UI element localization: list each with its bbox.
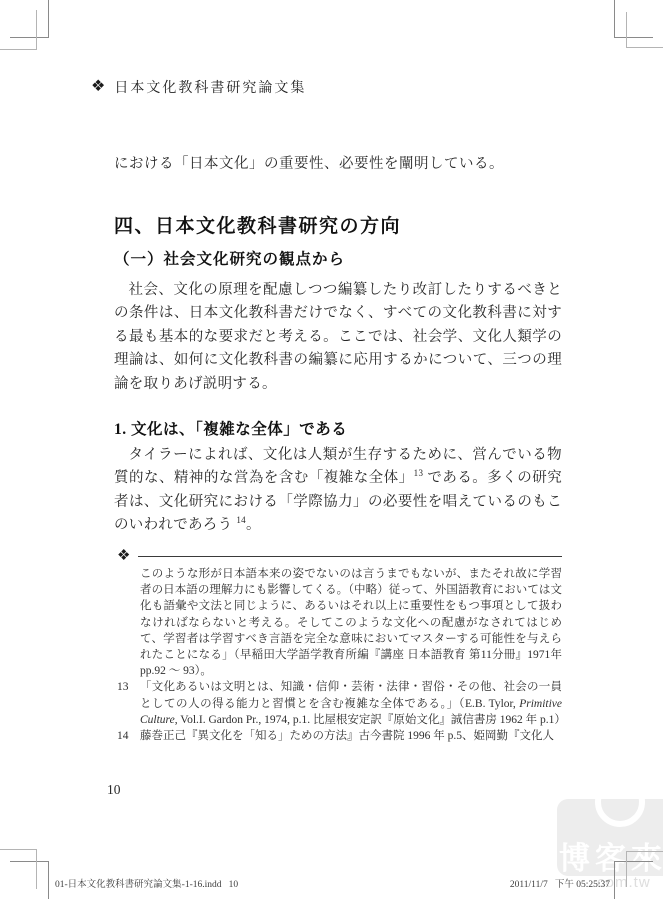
- running-head: ❖ 日本文化教科書研究論文集: [91, 77, 306, 97]
- footnote-ref-14: 14: [236, 515, 246, 525]
- carryover-line: における「日本文化」の重要性、必要性を闡明している。: [114, 152, 562, 173]
- crop-mark-top-right-inner: [626, 12, 663, 48]
- footnote-13-text-end: , Vol.I. Gardon Pr., 1974, p.1. 比屋根安定訳『原…: [175, 714, 566, 726]
- footer-timestamp: 2011/11/7 下午 05:25:37: [510, 876, 610, 890]
- footnote-rule: [138, 556, 562, 557]
- page-number: 10: [107, 782, 121, 798]
- running-head-title: 日本文化教科書研究論文集: [114, 77, 306, 97]
- paragraph-2: タイラーによれば、文化は人類が生存するために、営んでいる物質的な、精神的な営為を…: [114, 444, 562, 538]
- bag-handle-icon: [595, 799, 645, 827]
- document-page: 博客來 .com.tw ❖ 日本文化教科書研究論文集 における「日本文化」の重要…: [0, 0, 663, 899]
- footer-filename: 01-日本文化教科書研究論文集-1-16.indd 10: [55, 876, 238, 890]
- footnote-ref-13: 13: [414, 469, 424, 479]
- subsection-heading: （一）社会文化研究の観点から: [114, 247, 562, 269]
- crop-mark-bottom-right-inner: [626, 851, 663, 887]
- footnote-number: 13: [114, 679, 140, 728]
- footnote-number: 14: [114, 728, 140, 744]
- footnote-separator: ❖: [114, 547, 562, 565]
- footnote-continuation: このような形が日本語本来の姿でないのは言うまでもないが、またそれ故に学習者の日本…: [140, 566, 562, 679]
- section-heading: 四、日本文化教科書研究の方向: [114, 211, 562, 238]
- paragraph-2-text-c: 。: [246, 517, 261, 533]
- footnote-item-13: 13 「文化あるいは文明とは、知識・信仰・芸術・法律・習俗・その他、社会の一員と…: [114, 679, 562, 728]
- diamond-ornament-icon: ❖: [91, 79, 105, 95]
- separator-diamond-icon: ❖: [117, 549, 130, 564]
- footnote-text: 「文化あるいは文明とは、知識・信仰・芸術・法律・習俗・その他、社会の一員としての…: [140, 679, 562, 728]
- paragraph-1: 社会、文化の原理を配慮しつつ編纂したり改訂したりするべきとの条件は、日本文化教科…: [114, 279, 562, 396]
- footnote-item-14: 14 藤巻正己『異文化を「知る」ための方法』古今書院 1996 年 p.5、姫岡…: [114, 728, 562, 744]
- footnote-14-text: 藤巻正己『異文化を「知る」ための方法』古今書院 1996 年 p.5、姫岡勤『文…: [140, 730, 554, 742]
- crop-mark-top-left-inner: [0, 10, 37, 50]
- footnote-text: 藤巻正己『異文化を「知る」ための方法』古今書院 1996 年 p.5、姫岡勤『文…: [140, 728, 562, 744]
- footnote-block: このような形が日本語本来の姿でないのは言うまでもないが、またそれ故に学習者の日本…: [114, 566, 562, 744]
- crop-mark-bottom-left-inner: [0, 849, 37, 889]
- footnote-13-text: 「文化あるいは文明とは、知識・信仰・芸術・法律・習俗・その他、社会の一員としての…: [140, 681, 562, 709]
- subheading-culture: 1. 文化は、「複雑な全体」である: [114, 417, 562, 439]
